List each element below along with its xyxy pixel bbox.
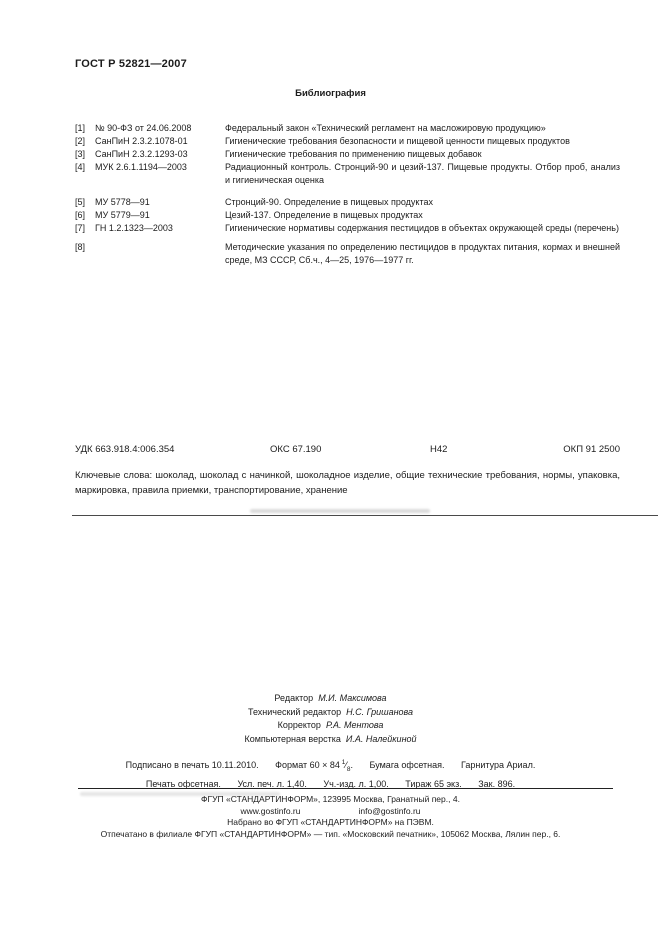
publisher-website: www.gostinfo.ru — [240, 806, 300, 816]
classification-row: УДК 663.918.4:006.354 ОКС 67.190 Н42 ОКП… — [75, 444, 620, 458]
doc-code: ГОСТ Р 52821—2007 — [75, 58, 187, 70]
bibliography-entry: [6] МУ 5779—91 Цезий-137. Определение в … — [75, 209, 620, 222]
entry-code: ГН 1.2.1323—2003 — [95, 222, 225, 235]
section-title: Библиография — [0, 88, 661, 99]
staff-role: Корректор — [278, 720, 321, 730]
entry-description: Гигиенические нормативы содержания пести… — [225, 222, 620, 235]
oks-code: ОКС 67.190 — [270, 444, 321, 455]
staff-role: Технический редактор — [248, 707, 341, 717]
publisher-divider-line — [78, 788, 613, 789]
entry-ref: [7] — [75, 222, 95, 235]
bibliography-entry: [2] СанПиН 2.3.2.1078-01 Гигиенические т… — [75, 135, 620, 148]
publisher-typeset: Набрано во ФГУП «СТАНДАРТИНФОРМ» на ПЭВМ… — [0, 817, 661, 829]
staff-role: Редактор — [274, 693, 313, 703]
entry-description: Цезий-137. Определение в пищевых продукт… — [225, 209, 620, 222]
entry-code: № 90-ФЗ от 24.06.2008 — [95, 122, 225, 135]
entry-code: СанПиН 2.3.2.1078-01 — [95, 135, 225, 148]
entry-ref: [3] — [75, 148, 95, 161]
entry-code: МУК 2.6.1.1194—2003 — [95, 161, 225, 174]
okp-code: ОКП 91 2500 — [563, 444, 620, 455]
bibliography-entry: [8] Методические указания по определению… — [75, 241, 620, 267]
entry-description: Гигиенические требования по применению п… — [225, 148, 620, 161]
entry-description: Федеральный закон «Технический регламент… — [225, 122, 620, 135]
entry-ref: [6] — [75, 209, 95, 222]
colophon-staff: Редактор М.И. Максимова Технический реда… — [0, 692, 661, 746]
entry-ref: [1] — [75, 122, 95, 135]
entry-ref: [8] — [75, 241, 95, 254]
staff-name: И.А. Налейкиной — [346, 734, 417, 744]
udk-code: УДК 663.918.4:006.354 — [75, 444, 174, 455]
staff-role: Компьютерная верстка — [244, 734, 340, 744]
entry-ref: [2] — [75, 135, 95, 148]
entry-ref: [4] — [75, 161, 95, 174]
signed-date: Подписано в печать 10.11.2010. — [126, 760, 259, 770]
keywords-paragraph: Ключевые слова: шоколад, шоколад с начин… — [75, 468, 620, 498]
bibliography-list: [1] № 90-ФЗ от 24.06.2008 Федеральный за… — [75, 122, 620, 267]
print-line-1: Подписано в печать 10.11.2010. Формат 60… — [0, 756, 661, 777]
paper-type: Бумага офсетная. — [370, 760, 445, 770]
staff-name: М.И. Максимова — [318, 693, 386, 703]
staff-line: Редактор М.И. Максимова — [0, 692, 661, 706]
document-page: ГОСТ Р 52821—2007 Библиография [1] № 90-… — [0, 0, 661, 936]
entry-description: Стронций-90. Определение в пищевых проду… — [225, 196, 620, 209]
bibliography-entry: [3] СанПиН 2.3.2.1293-03 Гигиенические т… — [75, 148, 620, 161]
publisher-address: ФГУП «СТАНДАРТИНФОРМ», 123995 Москва, Гр… — [0, 794, 661, 806]
entry-code: МУ 5779—91 — [95, 209, 225, 222]
publisher-contacts: www.gostinfo.ruinfo@gostinfo.ru — [0, 806, 661, 818]
bibliography-entry: [1] № 90-ФЗ от 24.06.2008 Федеральный за… — [75, 122, 620, 135]
publisher-block: ФГУП «СТАНДАРТИНФОРМ», 123995 Москва, Гр… — [0, 794, 661, 840]
bibliography-entry: [7] ГН 1.2.1323—2003 Гигиенические норма… — [75, 222, 620, 235]
entry-description: Гигиенические требования безопасности и … — [225, 135, 620, 148]
entry-code: СанПиН 2.3.2.1293-03 — [95, 148, 225, 161]
paper-format: Формат 60 × 84 1⁄8. — [275, 760, 353, 770]
entry-description: Радиационный контроль. Стронций-90 и цез… — [225, 161, 620, 187]
staff-line: Компьютерная верстка И.А. Налейкиной — [0, 733, 661, 747]
publisher-email: info@gostinfo.ru — [358, 806, 420, 816]
staff-line: Корректор Р.А. Ментова — [0, 719, 661, 733]
entry-ref: [5] — [75, 196, 95, 209]
staff-name: Н.С. Гришанова — [346, 707, 413, 717]
publisher-printed: Отпечатано в филиале ФГУП «СТАНДАРТИНФОР… — [0, 829, 661, 841]
staff-line: Технический редактор Н.С. Гришанова — [0, 706, 661, 720]
entry-code: МУ 5778—91 — [95, 196, 225, 209]
staff-name: Р.А. Ментова — [326, 720, 383, 730]
faint-divider-line — [72, 515, 658, 516]
entry-description: Методические указания по определению пес… — [225, 241, 620, 267]
bibliography-entry: [5] МУ 5778—91 Стронций-90. Определение … — [75, 196, 620, 209]
bibliography-entry: [4] МУК 2.6.1.1194—2003 Радиационный кон… — [75, 161, 620, 187]
print-info: Подписано в печать 10.11.2010. Формат 60… — [0, 756, 661, 791]
typeface: Гарнитура Ариал. — [461, 760, 535, 770]
scan-artifact — [250, 509, 430, 513]
h-code: Н42 — [430, 444, 447, 455]
